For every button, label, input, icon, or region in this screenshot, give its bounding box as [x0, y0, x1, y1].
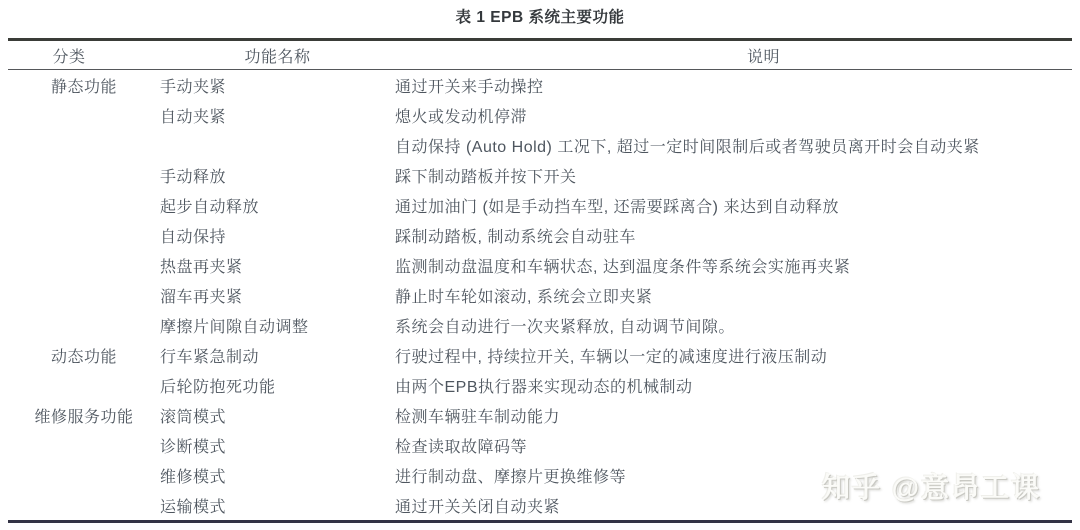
table-row: 动态功能行车紧急制动行驶过程中, 持续拉开关, 车辆以一定的减速度进行液压制动 — [8, 340, 1072, 370]
epb-functions-table: 分类 功能名称 说明 静态功能手动夹紧通过开关来手动操控自动夹紧熄火或发动机停滞… — [8, 38, 1072, 523]
table-row: 维修服务功能滚筒模式检测车辆驻车制动能力 — [8, 400, 1072, 430]
table-row: 自动保持 (Auto Hold) 工况下, 超过一定时间限制后或者驾驶员离开时会… — [8, 130, 1072, 160]
cell-description: 监测制动盘温度和车辆状态, 达到温度条件等系统会实施再夹紧 — [395, 250, 1072, 280]
cell-description: 踩制动踏板, 制动系统会自动驻车 — [395, 220, 1072, 250]
cell-category: 静态功能 — [8, 70, 160, 101]
table-body: 静态功能手动夹紧通过开关来手动操控自动夹紧熄火或发动机停滞自动保持 (Auto … — [8, 70, 1072, 522]
cell-category — [8, 100, 160, 130]
cell-description: 通过开关来手动操控 — [395, 70, 1072, 101]
watermark: 知乎 @意昂工课 — [822, 466, 1041, 506]
table-row: 热盘再夹紧监测制动盘温度和车辆状态, 达到温度条件等系统会实施再夹紧 — [8, 250, 1072, 280]
cell-category — [8, 250, 160, 280]
cell-function-name: 手动夹紧 — [160, 70, 395, 101]
cell-function-name: 自动保持 — [160, 220, 395, 250]
cell-description: 行驶过程中, 持续拉开关, 车辆以一定的减速度进行液压制动 — [395, 340, 1072, 370]
cell-category: 维修服务功能 — [8, 400, 160, 430]
cell-category — [8, 430, 160, 460]
table-row: 手动释放踩下制动踏板并按下开关 — [8, 160, 1072, 190]
cell-function-name — [160, 130, 395, 160]
table-row: 起步自动释放通过加油门 (如是手动挡车型, 还需要踩离合) 来达到自动释放 — [8, 190, 1072, 220]
cell-description: 熄火或发动机停滞 — [395, 100, 1072, 130]
header-category: 分类 — [8, 40, 160, 70]
cell-category — [8, 490, 160, 522]
cell-description: 静止时车轮如滚动, 系统会立即夹紧 — [395, 280, 1072, 310]
cell-description: 由两个EPB执行器来实现动态的机械制动 — [395, 370, 1072, 400]
cell-function-name: 诊断模式 — [160, 430, 395, 460]
table-row: 自动夹紧熄火或发动机停滞 — [8, 100, 1072, 130]
table-row: 静态功能手动夹紧通过开关来手动操控 — [8, 70, 1072, 101]
cell-function-name: 行车紧急制动 — [160, 340, 395, 370]
cell-function-name: 溜车再夹紧 — [160, 280, 395, 310]
header-function-name: 功能名称 — [160, 40, 395, 70]
cell-category — [8, 370, 160, 400]
cell-function-name: 起步自动释放 — [160, 190, 395, 220]
cell-category — [8, 310, 160, 340]
cell-category — [8, 130, 160, 160]
cell-description: 检测车辆驻车制动能力 — [395, 400, 1072, 430]
cell-description: 系统会自动进行一次夹紧释放, 自动调节间隙。 — [395, 310, 1072, 340]
cell-function-name: 自动夹紧 — [160, 100, 395, 130]
header-description: 说明 — [395, 40, 1072, 70]
cell-category — [8, 160, 160, 190]
cell-category — [8, 460, 160, 490]
cell-description: 检查读取故障码等 — [395, 430, 1072, 460]
table-title: 表 1 EPB 系统主要功能 — [0, 5, 1080, 27]
cell-description: 踩下制动踏板并按下开关 — [395, 160, 1072, 190]
table-row: 诊断模式检查读取故障码等 — [8, 430, 1072, 460]
cell-function-name: 维修模式 — [160, 460, 395, 490]
cell-category: 动态功能 — [8, 340, 160, 370]
table-row: 后轮防抱死功能由两个EPB执行器来实现动态的机械制动 — [8, 370, 1072, 400]
watermark-text: 知乎 @意昂工课 — [822, 472, 1041, 503]
cell-category — [8, 190, 160, 220]
table-row: 摩擦片间隙自动调整系统会自动进行一次夹紧释放, 自动调节间隙。 — [8, 310, 1072, 340]
cell-description: 自动保持 (Auto Hold) 工况下, 超过一定时间限制后或者驾驶员离开时会… — [395, 130, 1072, 160]
cell-function-name: 运输模式 — [160, 490, 395, 522]
table-row: 溜车再夹紧静止时车轮如滚动, 系统会立即夹紧 — [8, 280, 1072, 310]
cell-function-name: 后轮防抱死功能 — [160, 370, 395, 400]
cell-category — [8, 220, 160, 250]
table-row: 自动保持踩制动踏板, 制动系统会自动驻车 — [8, 220, 1072, 250]
header-row: 分类 功能名称 说明 — [8, 40, 1072, 70]
cell-function-name: 摩擦片间隙自动调整 — [160, 310, 395, 340]
cell-category — [8, 280, 160, 310]
cell-function-name: 滚筒模式 — [160, 400, 395, 430]
cell-function-name: 手动释放 — [160, 160, 395, 190]
document-page: 表 1 EPB 系统主要功能 分类 功能名称 说明 静态功能手动夹紧通过开关来手… — [0, 0, 1080, 530]
cell-description: 通过加油门 (如是手动挡车型, 还需要踩离合) 来达到自动释放 — [395, 190, 1072, 220]
cell-function-name: 热盘再夹紧 — [160, 250, 395, 280]
